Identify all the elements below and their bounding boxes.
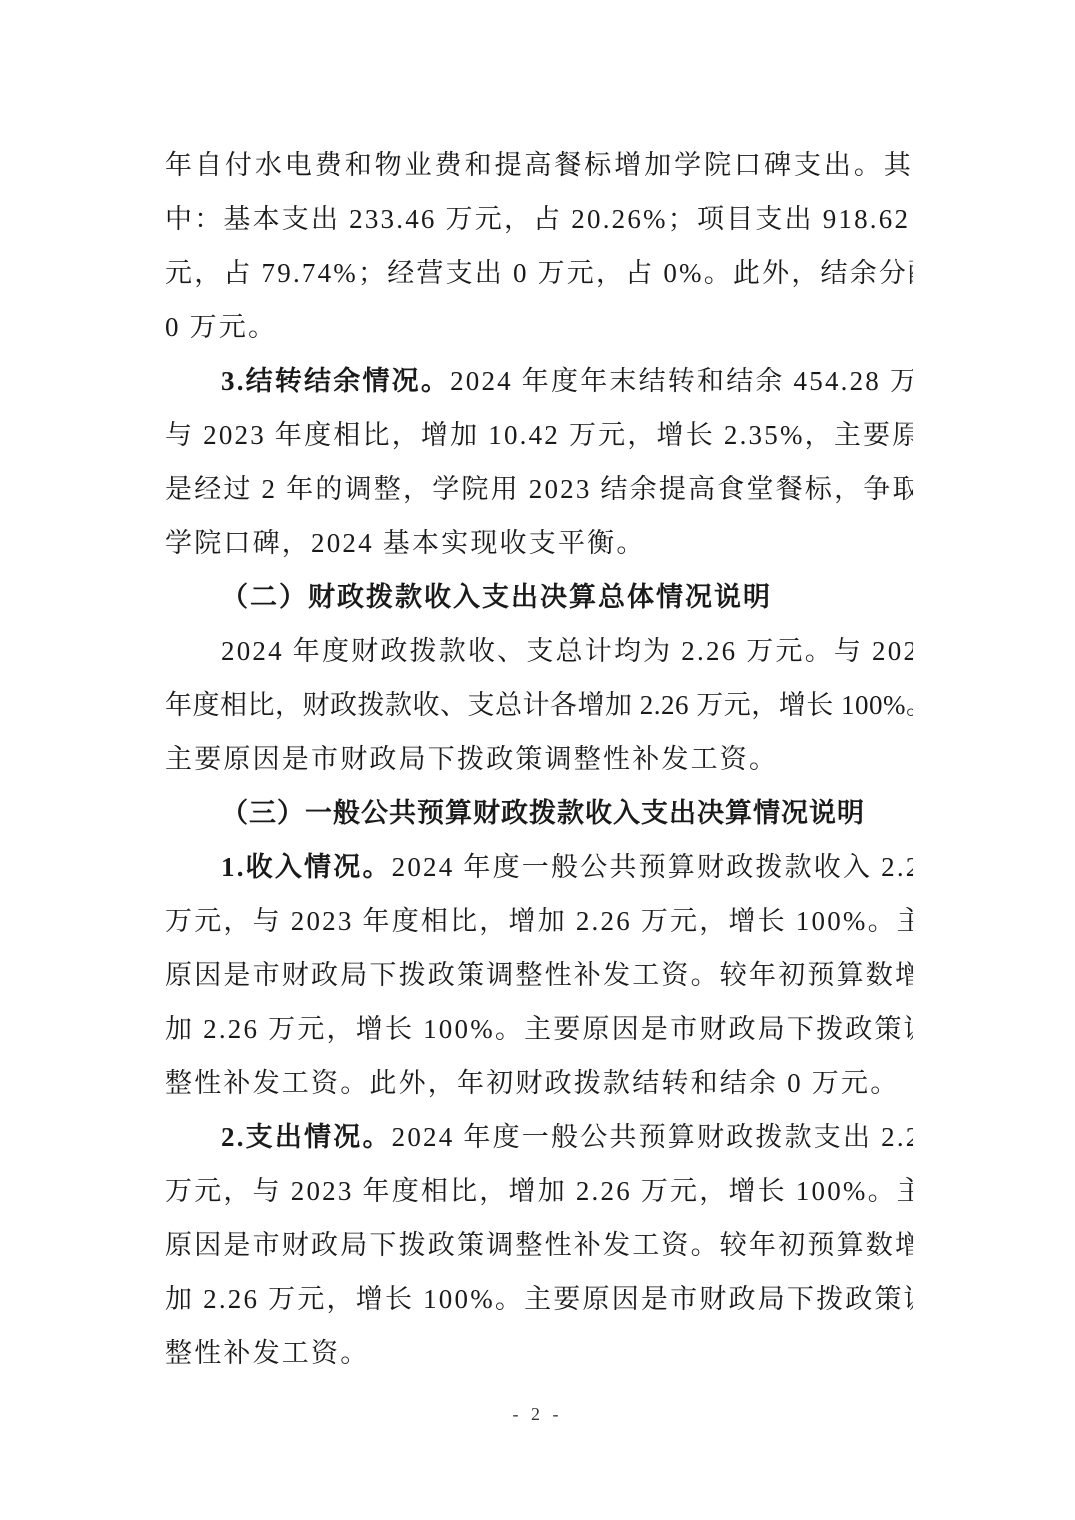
section-heading-3: （三）一般公共预算财政拨款收入支出决算情况说明 — [165, 786, 913, 840]
text-line: 是经过 2 年的调整，学院用 2023 结余提高食堂餐标，争取 — [165, 462, 913, 516]
text-line: 3.结转结余情况。2024 年度年末结转和结余 454.28 万元， — [165, 354, 913, 408]
text-line: 主要原因是市财政局下拨政策调整性补发工资。 — [165, 732, 913, 786]
text-line: 加 2.26 万元，增长 100%。主要原因是市财政局下拨政策调 — [165, 1272, 913, 1326]
page-number: - 2 - — [0, 1404, 1075, 1425]
document-page: 年自付水电费和物业费和提高餐标增加学院口碑支出。其 中：基本支出 233.46 … — [165, 138, 913, 1380]
text-line: 整性补发工资。 — [165, 1326, 913, 1380]
section-lead: 2.支出情况。 — [221, 1122, 392, 1152]
paragraph-fiscal-overall: 2024 年度财政拨款收、支总计均为 2.26 万元。与 2023 年度相比，财… — [165, 624, 913, 786]
text-line: 与 2023 年度相比，增加 10.42 万元，增长 2.35%，主要原因 — [165, 408, 913, 462]
section-heading-2: （二）财政拨款收入支出决算总体情况说明 — [165, 570, 913, 624]
section-lead: 1.收入情况。 — [221, 852, 392, 882]
text-line: 2.支出情况。2024 年度一般公共预算财政拨款支出 2.26 — [165, 1110, 913, 1164]
text-line: 元，占 79.74%；经营支出 0 万元，占 0%。此外，结余分配 — [165, 246, 913, 300]
text-line: 万元，与 2023 年度相比，增加 2.26 万元，增长 100%。主要 — [165, 894, 913, 948]
text-line: 1.收入情况。2024 年度一般公共预算财政拨款收入 2.26 — [165, 840, 913, 894]
text-line: 整性补发工资。此外，年初财政拨款结转和结余 0 万元。 — [165, 1056, 913, 1110]
text-line: 中：基本支出 233.46 万元，占 20.26%；项目支出 918.62 万 — [165, 192, 913, 246]
text-line: 原因是市财政局下拨政策调整性补发工资。较年初预算数增 — [165, 948, 913, 1002]
text-line: 万元，与 2023 年度相比，增加 2.26 万元，增长 100%。主要 — [165, 1164, 913, 1218]
text-line: 加 2.26 万元，增长 100%。主要原因是市财政局下拨政策调 — [165, 1002, 913, 1056]
text-line: 年度相比，财政拨款收、支总计各增加 2.26 万元，增长 100%。 — [165, 678, 913, 732]
paragraph-expenditure-breakdown: 年自付水电费和物业费和提高餐标增加学院口碑支出。其 中：基本支出 233.46 … — [165, 138, 913, 354]
text-line: 2024 年度财政拨款收、支总计均为 2.26 万元。与 2023 — [165, 624, 913, 678]
paragraph-carryover-balance: 3.结转结余情况。2024 年度年末结转和结余 454.28 万元， 与 202… — [165, 354, 913, 570]
section-lead: 3.结转结余情况。 — [221, 366, 450, 396]
text-line: 原因是市财政局下拨政策调整性补发工资。较年初预算数增 — [165, 1218, 913, 1272]
paragraph-expenditure: 2.支出情况。2024 年度一般公共预算财政拨款支出 2.26 万元，与 202… — [165, 1110, 913, 1380]
paragraph-income: 1.收入情况。2024 年度一般公共预算财政拨款收入 2.26 万元，与 202… — [165, 840, 913, 1110]
text-line: 0 万元。 — [165, 300, 913, 354]
text-line: 年自付水电费和物业费和提高餐标增加学院口碑支出。其 — [165, 138, 913, 192]
text-line: 学院口碑，2024 基本实现收支平衡。 — [165, 516, 913, 570]
